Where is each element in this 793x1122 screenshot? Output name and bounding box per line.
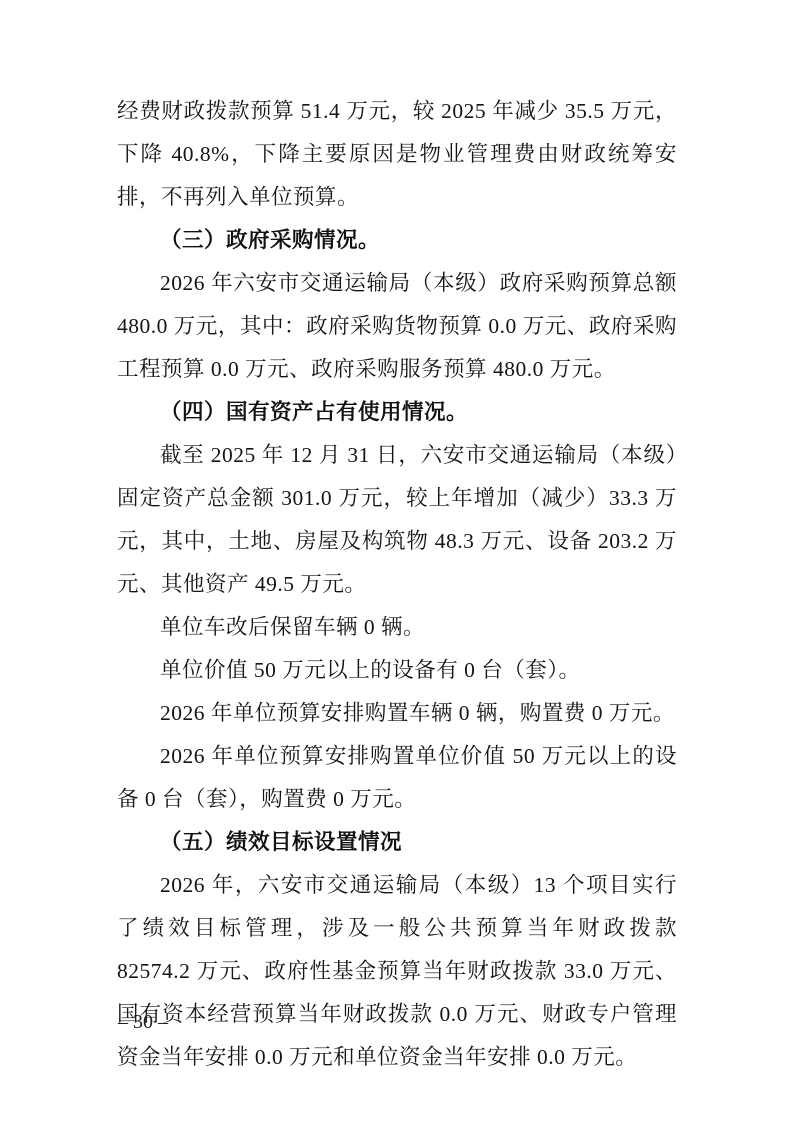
paragraph-performance-target-management: 2026 年，六安市交通运输局（本级）13 个项目实行了绩效目标管理，涉及一般公… [117, 864, 677, 1079]
page-number: – 30 – [118, 1006, 168, 1038]
section-heading-performance-targets: （五）绩效目标设置情况 [117, 821, 677, 864]
paragraph-procurement-budget: 2026 年六安市交通运输局（本级）政府采购预算总额 480.0 万元，其中：政… [117, 262, 677, 391]
section-heading-state-assets: （四）国有资产占有使用情况。 [117, 391, 677, 434]
paragraph-continuation-admin-funds: 经费财政拨款预算 51.4 万元，较 2025 年减少 35.5 万元，下降 4… [117, 90, 677, 219]
paragraph-equipment-over-50w: 单位价值 50 万元以上的设备有 0 台（套）。 [117, 649, 677, 692]
document-body: 经费财政拨款预算 51.4 万元，较 2025 年减少 35.5 万元，下降 4… [117, 90, 677, 1079]
paragraph-fixed-assets: 截至 2025 年 12 月 31 日，六安市交通运输局（本级）固定资产总金额 … [117, 434, 677, 606]
section-heading-government-procurement: （三）政府采购情况。 [117, 219, 677, 262]
paragraph-vehicle-purchase-plan: 2026 年单位预算安排购置车辆 0 辆，购置费 0 万元。 [117, 692, 677, 735]
paragraph-equipment-purchase-plan: 2026 年单位预算安排购置单位价值 50 万元以上的设备 0 台（套），购置费… [117, 735, 677, 821]
document-page: 经费财政拨款预算 51.4 万元，较 2025 年减少 35.5 万元，下降 4… [0, 0, 793, 1122]
paragraph-retained-vehicles: 单位车改后保留车辆 0 辆。 [117, 606, 677, 649]
